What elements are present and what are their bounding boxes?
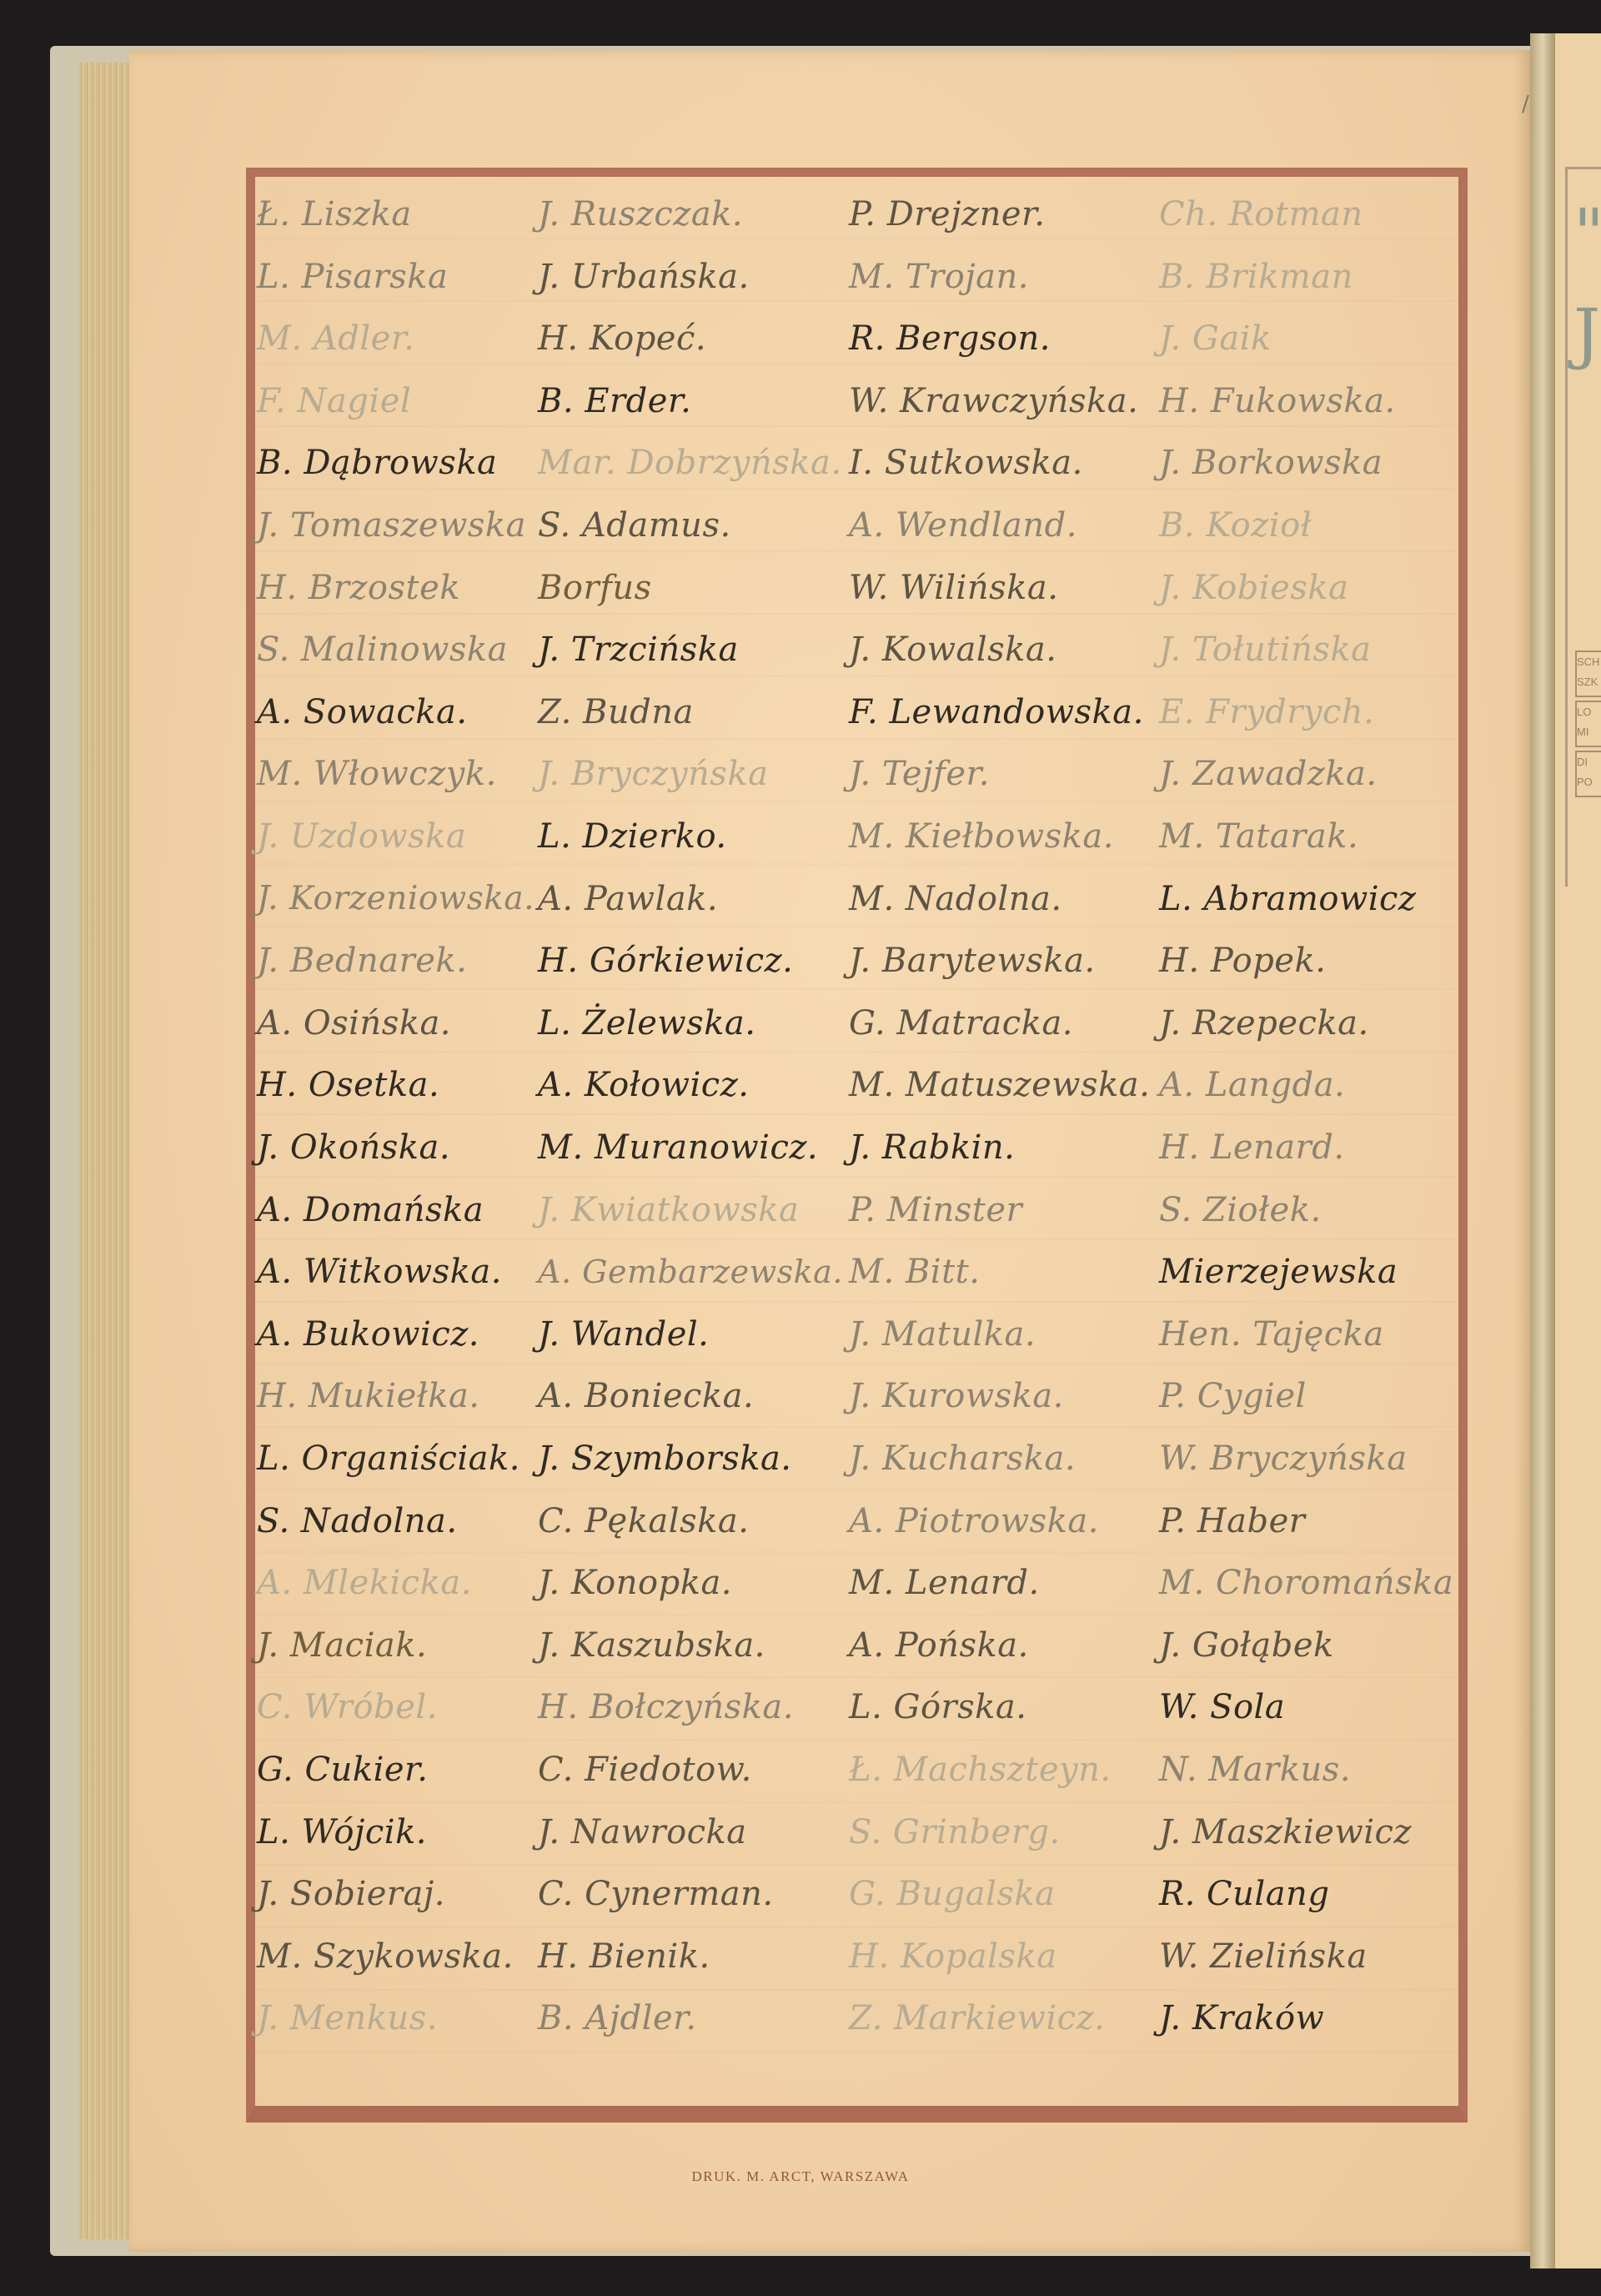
signature-name: J. Bryczyńska [538, 753, 768, 795]
signature-name: J. Maciak. [257, 1625, 427, 1666]
adjacent-page-box: LO MI [1575, 701, 1601, 747]
signature-name: A. Gembarzewska. [538, 1251, 843, 1293]
signature-name: S. Adamus. [538, 505, 731, 546]
signature-name: J. Okońska. [257, 1127, 450, 1168]
signature-name: A. Pawlak. [538, 878, 718, 920]
signature-name: Z. Budna [538, 691, 694, 733]
signature-name: H. Fukowska. [1159, 380, 1396, 422]
signature-name: J. Urbańska. [538, 256, 750, 298]
signature-name: E. Frydrych. [1159, 691, 1374, 733]
signature-name: J. Kaszubska. [538, 1625, 765, 1666]
signature-name: J. Kucharska. [849, 1438, 1076, 1480]
signature-name: J. Matulka. [849, 1314, 1036, 1355]
signature-name: A. Kołowicz. [538, 1064, 749, 1106]
signature-name: J. Rabkin. [849, 1127, 1015, 1168]
signature-name: S. Nadolna. [257, 1500, 458, 1542]
signature-name: P. Haber [1159, 1500, 1305, 1542]
signature-name: A. Mlekicka. [257, 1562, 472, 1604]
signature-name: J. Szymborska. [538, 1438, 792, 1480]
signature-name: H. Popek. [1159, 940, 1326, 982]
signature-name: N. Markus. [1159, 1749, 1351, 1791]
signature-name: J. Gaik [1159, 318, 1272, 359]
signature-name: M. Włowczyk. [257, 753, 497, 795]
signature-name: J. Sobieraj. [257, 1873, 445, 1915]
signature-name: M. Lenard. [849, 1562, 1040, 1604]
signature-name: L. Abramowicz [1159, 878, 1416, 920]
signature-name: Ł. Machszteyn. [849, 1749, 1112, 1791]
signature-name: F. Nagiel [257, 380, 411, 422]
signature-name: B. Erder. [538, 380, 691, 422]
signature-name: A. Langda. [1159, 1064, 1345, 1106]
signature-name: J. Tołutińska [1159, 629, 1372, 671]
signature-name: R. Bergson. [849, 318, 1051, 359]
page-edges [79, 63, 133, 2239]
signature-name: Borfus [538, 567, 652, 609]
signature-name: W. Krawczyńska. [849, 380, 1138, 422]
signature-name: L. Organiściak. [257, 1438, 520, 1480]
signature-name: J. Tomaszewska [257, 505, 526, 546]
signature-name: J. Trzcińska [538, 629, 739, 671]
signature-name: A. Pońska. [849, 1625, 1029, 1666]
signature-name: M. Muranowicz. [538, 1127, 818, 1168]
signature-name: A. Piotrowska. [849, 1500, 1099, 1542]
signature-name: L. Żelewska. [538, 1002, 756, 1044]
signature-name: P. Cygiel [1159, 1375, 1307, 1417]
signature-name: H. Bienik. [538, 1936, 710, 1977]
signature-name: J. Menkus. [257, 1997, 438, 2039]
signature-name: B. Brikman [1159, 256, 1353, 298]
signature-name: J. Ruszczak. [538, 193, 743, 235]
signature-name: J. Borkowska [1159, 442, 1383, 484]
signature-name: B. Ajdler. [538, 1997, 697, 2039]
signature-name: J. Kobieska [1159, 567, 1348, 609]
signature-name: Mar. Dobrzyńska. [538, 442, 842, 484]
signature-name: P. Minster [849, 1189, 1022, 1231]
signature-name: G. Matracka. [849, 1002, 1073, 1044]
signature-name: S. Grinberg. [849, 1811, 1061, 1853]
book-gutter [1530, 33, 1555, 2268]
signature-name: W. Bryczyńska [1159, 1438, 1408, 1480]
signature-name: G. Bugalska [849, 1873, 1055, 1915]
signature-name: A. Boniecka. [538, 1375, 754, 1417]
signature-name: L. Górska. [849, 1686, 1026, 1728]
signature-name: J. Wandel. [538, 1314, 709, 1355]
signature-name: J. Konopka. [538, 1562, 732, 1604]
signature-name: A. Witkowska. [257, 1251, 502, 1293]
signature-name: Mierzejewska [1159, 1251, 1398, 1293]
signature-name: P. Drejzner. [849, 193, 1045, 235]
signature-name: C. Fiedotow. [538, 1749, 752, 1791]
signature-name: H. Lenard. [1159, 1127, 1345, 1168]
signature-name: A. Bukowicz. [257, 1314, 479, 1355]
signature-name: H. Kopalska [849, 1936, 1057, 1977]
pencil-mark: / [1522, 92, 1529, 117]
printer-imprint: DRUK. M. ARCT, WARSZAWA [0, 2168, 1601, 2185]
signature-name: J. Barytewska. [849, 940, 1096, 982]
signature-name: L. Wójcik. [257, 1811, 427, 1853]
signature-name: Ł. Liszka [257, 193, 412, 235]
signature-name: W. Zielińska [1159, 1936, 1368, 1977]
decorative-letter-icon: " [1573, 200, 1598, 267]
signature-name: C. Pękalska. [538, 1500, 749, 1542]
signature-name: C. Wróbel. [257, 1686, 438, 1728]
signature-name: A. Sowacka. [257, 691, 468, 733]
signature-name: A. Wendland. [849, 505, 1077, 546]
signature-name: W. Sola [1159, 1686, 1285, 1728]
signature-name: R. Culang [1159, 1873, 1329, 1915]
signature-name: L. Dzierko. [538, 816, 727, 857]
signature-name: A. Osińska. [257, 1002, 451, 1044]
signature-name: H. Brzostek [257, 567, 460, 609]
signature-name: B. Dąbrowska [257, 442, 497, 484]
signature-name: L. Pisarska [257, 256, 448, 298]
signature-name: J. Kwiatkowska [538, 1189, 799, 1231]
signature-name: Hen. Tajęcka [1159, 1314, 1384, 1355]
adjacent-page-box: SCH SZK [1575, 651, 1601, 697]
signature-name: Ch. Rotman [1159, 193, 1363, 235]
signature-name: J. Rzepecka. [1159, 1002, 1369, 1044]
signature-name: M. Matuszewska. [849, 1064, 1150, 1106]
signature-name: M. Tatarak. [1159, 816, 1358, 857]
signature-name: G. Cukier. [257, 1749, 428, 1791]
signature-name: J. Uzdowska [257, 816, 466, 857]
signature-name: J. Maszkiewicz [1159, 1811, 1412, 1853]
signature-name: M. Choromańska [1159, 1562, 1453, 1604]
signature-name: W. Wilińska. [849, 567, 1058, 609]
signature-name: B. Kozioł [1159, 505, 1312, 546]
signature-name: J. Kraków [1159, 1997, 1324, 2039]
signature-name: Z. Markiewicz. [849, 1997, 1105, 2039]
signature-name: A. Domańska [257, 1189, 484, 1231]
signature-name: S. Ziołek. [1159, 1189, 1322, 1231]
signature-name: J. Kowalska. [849, 629, 1056, 671]
signature-name: S. Malinowska [257, 629, 508, 671]
signature-name: J. Gołąbek [1159, 1625, 1334, 1666]
signature-name: M. Bitt. [849, 1251, 980, 1293]
signature-name: J. Bednarek. [257, 940, 467, 982]
signature-name: H. Górkiewicz. [538, 940, 793, 982]
signature-name: C. Cynerman. [538, 1873, 774, 1915]
signature-name: H. Mukiełka. [257, 1375, 480, 1417]
signature-name: M. Nadolna. [849, 878, 1062, 920]
signature-name: F. Lewandowska. [849, 691, 1144, 733]
signature-name: J. Tejfer. [849, 753, 990, 795]
signature-name: H. Bołczyńska. [538, 1686, 794, 1728]
signature-name: M. Kiełbowska. [849, 816, 1114, 857]
signature-name: M. Szykowska. [257, 1936, 514, 1977]
signature-name: J. Nawrocka [538, 1811, 747, 1853]
signature-name: H. Kopeć. [538, 318, 706, 359]
signature-name: M. Adler. [257, 318, 414, 359]
decorative-letter-icon: J [1573, 300, 1598, 367]
adjacent-page-box: DI PO [1575, 751, 1601, 797]
signature-name: M. Trojan. [849, 256, 1029, 298]
signature-name: I. Sutkowska. [849, 442, 1083, 484]
signature-name: J. Korzeniowska. [257, 878, 535, 920]
adjacent-page-edge: " J SCH SZK LO MI DI PO [1555, 33, 1601, 2268]
signature-name: J. Zawadzka. [1159, 753, 1378, 795]
signature-name: H. Osetka. [257, 1064, 439, 1106]
signature-name: J. Kurowska. [849, 1375, 1064, 1417]
